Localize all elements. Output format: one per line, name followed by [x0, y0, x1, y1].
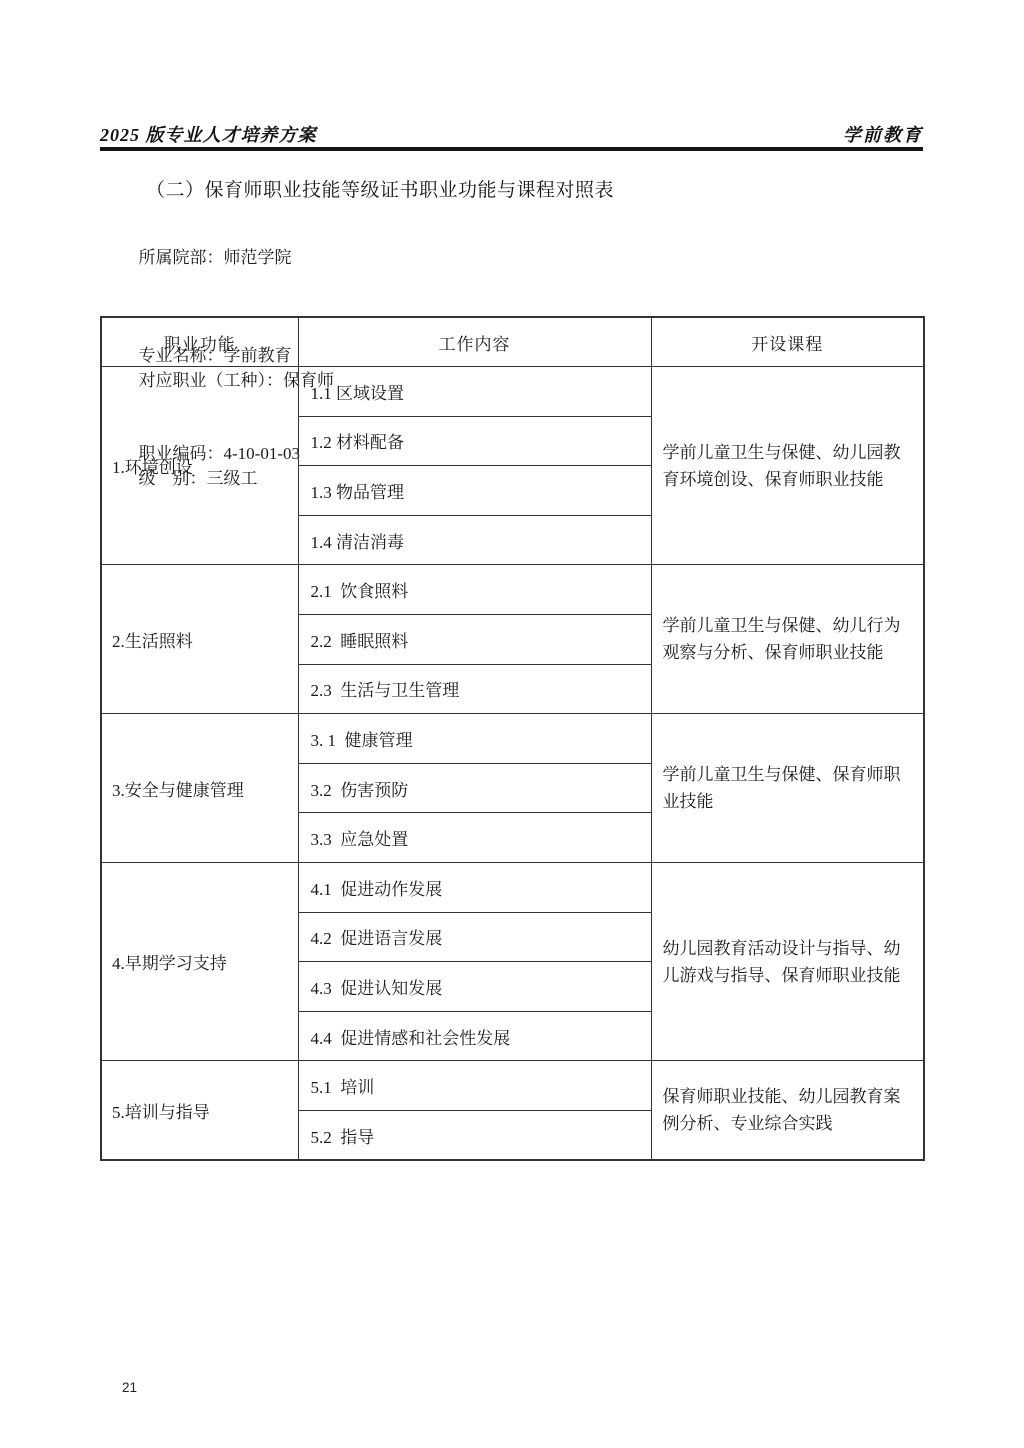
function-cell-5: 5.培训与指导	[101, 1061, 298, 1160]
task-cell-3-3: 3.3 应急处置	[298, 813, 651, 863]
task-cell-3-2: 3.2 伤害预防	[298, 763, 651, 813]
task-cell-1-1: 1.1 区域设置	[298, 367, 651, 417]
col-header-work-content: 工作内容	[298, 317, 651, 367]
task-cell-5-2: 5.2 指导	[298, 1111, 651, 1161]
function-cell-1: 1.环境创设	[101, 367, 298, 565]
course-cell-5: 保育师职业技能、幼儿园教育案例分析、专业综合实践	[651, 1061, 924, 1160]
section-title: （二）保育师职业技能等级证书职业功能与课程对照表	[146, 175, 614, 202]
document-page: 2025 版专业人才培养方案 学前教育 （二）保育师职业技能等级证书职业功能与课…	[0, 0, 1024, 1448]
info-row-department: 所属院部：师范学院	[113, 221, 399, 319]
table-row: 4.早期学习支持 4.1 促进动作发展 幼儿园教育活动设计与指导、幼儿游戏与指导…	[101, 863, 924, 913]
task-cell-1-2: 1.2 材料配备	[298, 416, 651, 466]
function-cell-2: 2.生活照料	[101, 565, 298, 714]
header-double-rule	[100, 147, 923, 151]
table-header-row: 职业功能 工作内容 开设课程	[101, 317, 924, 367]
course-cell-4: 幼儿园教育活动设计与指导、幼儿游戏与指导、保育师职业技能	[651, 863, 924, 1061]
task-cell-5-1: 5.1 培训	[298, 1061, 651, 1111]
task-cell-4-2: 4.2 促进语言发展	[298, 912, 651, 962]
col-header-function: 职业功能	[101, 317, 298, 367]
col-header-course: 开设课程	[651, 317, 924, 367]
running-header-left: 2025 版专业人才培养方案	[100, 121, 317, 147]
table-row: 1.环境创设 1.1 区域设置 学前儿童卫生与保健、幼儿园教育环境创设、保育师职…	[101, 367, 924, 417]
task-cell-1-4: 1.4 清洁消毒	[298, 515, 651, 565]
page-number: 21	[122, 1380, 137, 1395]
task-cell-4-1: 4.1 促进动作发展	[298, 863, 651, 913]
function-course-mapping-table: 职业功能 工作内容 开设课程 1.环境创设 1.1 区域设置 学前儿童卫生与保健…	[100, 316, 925, 1161]
function-cell-4: 4.早期学习支持	[101, 863, 298, 1061]
task-cell-4-3: 4.3 促进认知发展	[298, 962, 651, 1012]
task-cell-2-2: 2.2 睡眠照料	[298, 615, 651, 665]
course-cell-3: 学前儿童卫生与保健、保育师职业技能	[651, 714, 924, 863]
table-row: 5.培训与指导 5.1 培训 保育师职业技能、幼儿园教育案例分析、专业综合实践	[101, 1061, 924, 1111]
task-cell-2-1: 2.1 饮食照料	[298, 565, 651, 615]
task-cell-1-3: 1.3 物品管理	[298, 466, 651, 516]
table-row: 3.安全与健康管理 3. 1 健康管理 学前儿童卫生与保健、保育师职业技能	[101, 714, 924, 764]
running-header-right: 学前教育	[843, 121, 923, 147]
function-cell-3: 3.安全与健康管理	[101, 714, 298, 863]
task-cell-2-3: 2.3 生活与卫生管理	[298, 664, 651, 714]
task-cell-4-4: 4.4 促进情感和社会性发展	[298, 1011, 651, 1061]
running-header: 2025 版专业人才培养方案 学前教育	[100, 121, 923, 147]
department-value: 所属院部：师范学院	[139, 246, 399, 271]
table-row: 2.生活照料 2.1 饮食照料 学前儿童卫生与保健、幼儿行为观察与分析、保育师职…	[101, 565, 924, 615]
course-cell-1: 学前儿童卫生与保健、幼儿园教育环境创设、保育师职业技能	[651, 367, 924, 565]
course-cell-2: 学前儿童卫生与保健、幼儿行为观察与分析、保育师职业技能	[651, 565, 924, 714]
task-cell-3-1: 3. 1 健康管理	[298, 714, 651, 764]
